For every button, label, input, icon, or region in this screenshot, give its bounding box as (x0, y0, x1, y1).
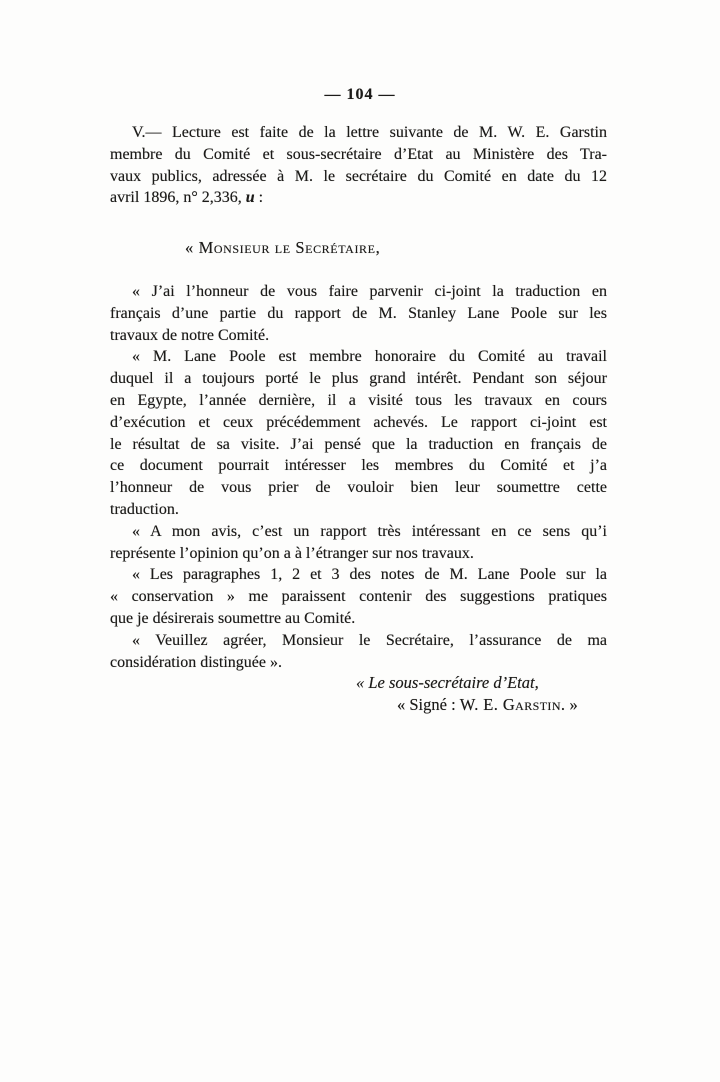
letter-paragraph: « Veuillez agréer, Monsieur le Secrétair… (110, 630, 607, 674)
signed-prefix: « Signé : (397, 695, 460, 714)
text-line: duquel il a toujours porté le plus grand… (110, 368, 607, 390)
signature-block: « Le sous-secrétaire d’Etat, « Signé : W… (356, 672, 578, 716)
signature-role: « Le sous-secrétaire d’Etat, (356, 672, 578, 694)
text-line: le résultat de sa visite. J’ai pensé que… (110, 434, 607, 456)
signed-suffix: » (565, 695, 577, 714)
document-page: — 104 — V.— Lecture est faite de la lett… (0, 0, 720, 1082)
text-line: l’honneur de vous prier de vouloir bien … (110, 477, 607, 499)
letter-paragraph: « Les paragraphes 1, 2 et 3 des notes de… (110, 564, 607, 629)
signature-signed: « Signé : W. E. Garstin. » (356, 694, 578, 716)
text-line: « A mon avis, c’est un rapport très inté… (110, 521, 607, 543)
salutation: « Monsieur le Secrétaire, (185, 237, 607, 259)
text-line: « conservation » me paraissent contenir … (110, 586, 607, 608)
text-line: V.— Lecture est faite de la lettre suiva… (110, 122, 607, 144)
text-line: ce document pourrait intéresser les memb… (110, 455, 607, 477)
text-line: en Egypte, l’année dernière, il a visité… (110, 390, 607, 412)
text-line: que je désirerais soumettre au Comité. (110, 608, 607, 630)
intro-tail-emphasis: u (246, 189, 255, 206)
signed-name: W. E. Garstin. (460, 695, 566, 714)
intro-paragraph: V.— Lecture est faite de la lettre suiva… (110, 122, 607, 209)
text-line: considération distinguée ». (110, 652, 607, 674)
intro-tail-prefix: avril 1896, n° 2,336, (110, 189, 246, 206)
intro-tail-suffix: : (255, 189, 263, 206)
text-line: membre du Comité et sous-secrétaire d’Et… (110, 144, 607, 166)
letter-paragraph: « A mon avis, c’est un rapport très inté… (110, 521, 607, 565)
letter-body: V.— Lecture est faite de la lettre suiva… (110, 122, 607, 673)
text-line: d’exécution et ceux précédemment achevés… (110, 412, 607, 434)
text-line: vaux publics, adressée à M. le secrétair… (110, 166, 607, 188)
letter-paragraph: « J’ai l’honneur de vous faire parvenir … (110, 281, 607, 346)
text-line: représente l’opinion qu’on a à l’étrange… (110, 543, 607, 565)
text-line: « Veuillez agréer, Monsieur le Secrétair… (110, 630, 607, 652)
text-line: français d’une partie du rapport de M. S… (110, 303, 607, 325)
page-number: — 104 — (0, 86, 720, 104)
text-line: avril 1896, n° 2,336, u : (110, 187, 607, 209)
letter-paragraph: « M. Lane Poole est membre honoraire du … (110, 346, 607, 520)
text-line: travaux de notre Comité. (110, 325, 607, 347)
text-line: traduction. (110, 499, 607, 521)
text-line: « J’ai l’honneur de vous faire parvenir … (110, 281, 607, 303)
text-line: « Les paragraphes 1, 2 et 3 des notes de… (110, 564, 607, 586)
text-line: « M. Lane Poole est membre honoraire du … (110, 346, 607, 368)
